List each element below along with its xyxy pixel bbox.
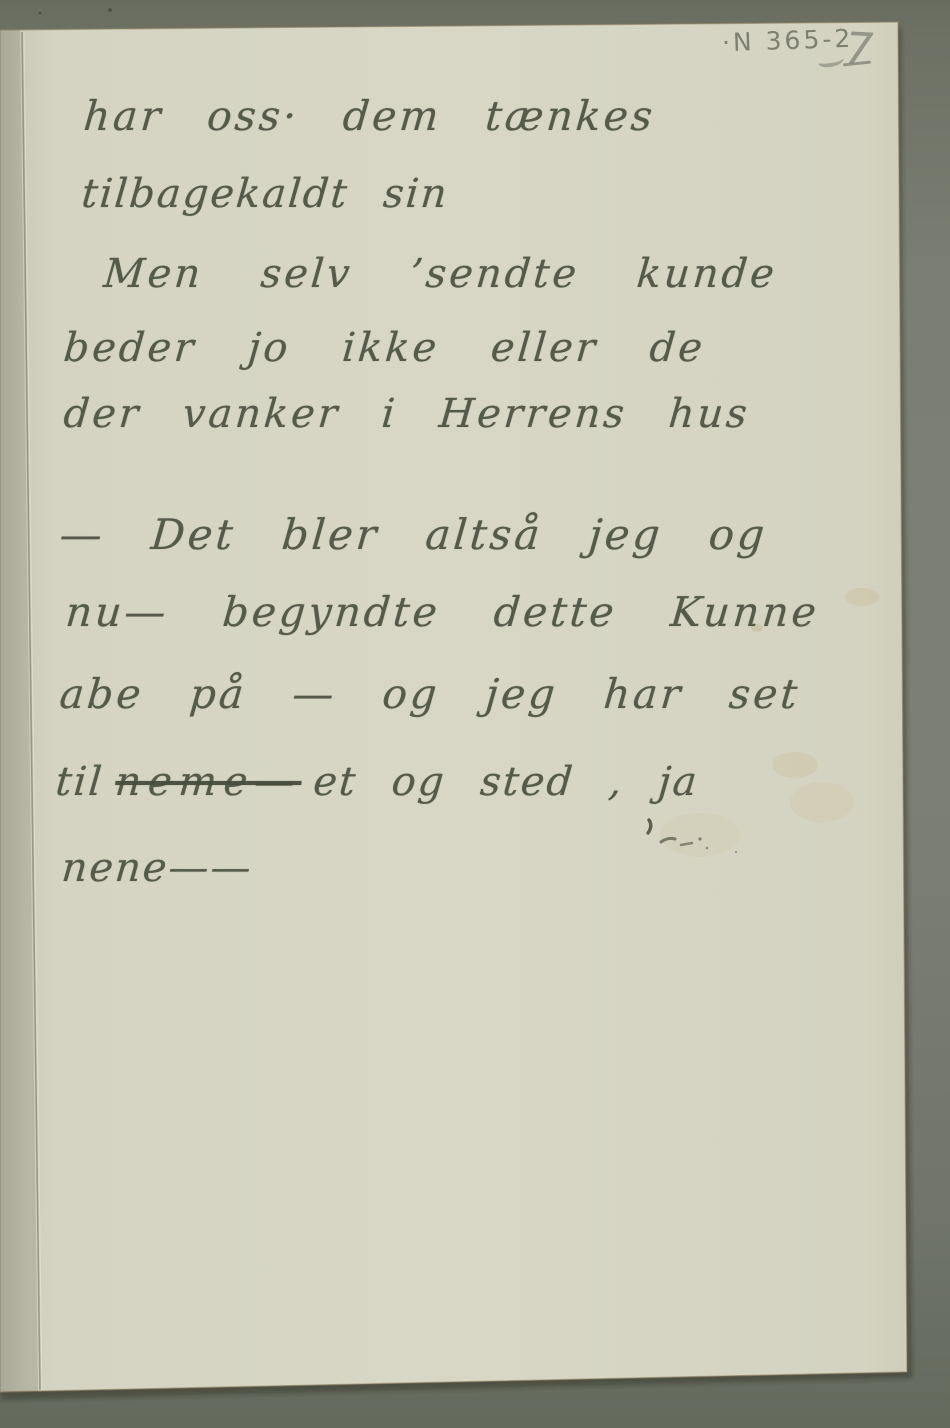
stain [660,813,740,857]
handwritten-line-2: tilbagekaldt sin [80,174,450,214]
struck-word: neme— [113,759,303,805]
scanned-manuscript: ·N 365-2 7 har oss· dem tænkes tilbageka… [0,0,950,1428]
stain [845,588,879,606]
speck [108,8,112,12]
speck [39,12,42,15]
stain [790,782,854,822]
handwritten-line-5: der vanker i Herrens hus [62,394,752,434]
line-9-end: et og sted , ja [311,759,700,805]
handwritten-line-9: tilneme—et og sted , ja [54,762,700,802]
line-9-start: til [54,759,106,805]
page-number: 7 [844,23,875,75]
handwritten-line-10: nene—— [60,848,254,888]
archive-code: ·N 365-2 [722,24,854,58]
handwritten-line-1: har oss· dem tænkes [82,96,657,137]
stain [772,752,818,778]
handwritten-line-4: beder jo ikke eller de [62,328,707,368]
handwritten-line-3: Men selv ’sendte kunde [102,254,779,294]
handwritten-line-7: nu— begyndte dette Kunne [64,592,821,633]
handwritten-line-6: — Det bler altså jeg og [58,514,769,556]
handwritten-line-8: abe på — og jeg har set [58,674,802,715]
